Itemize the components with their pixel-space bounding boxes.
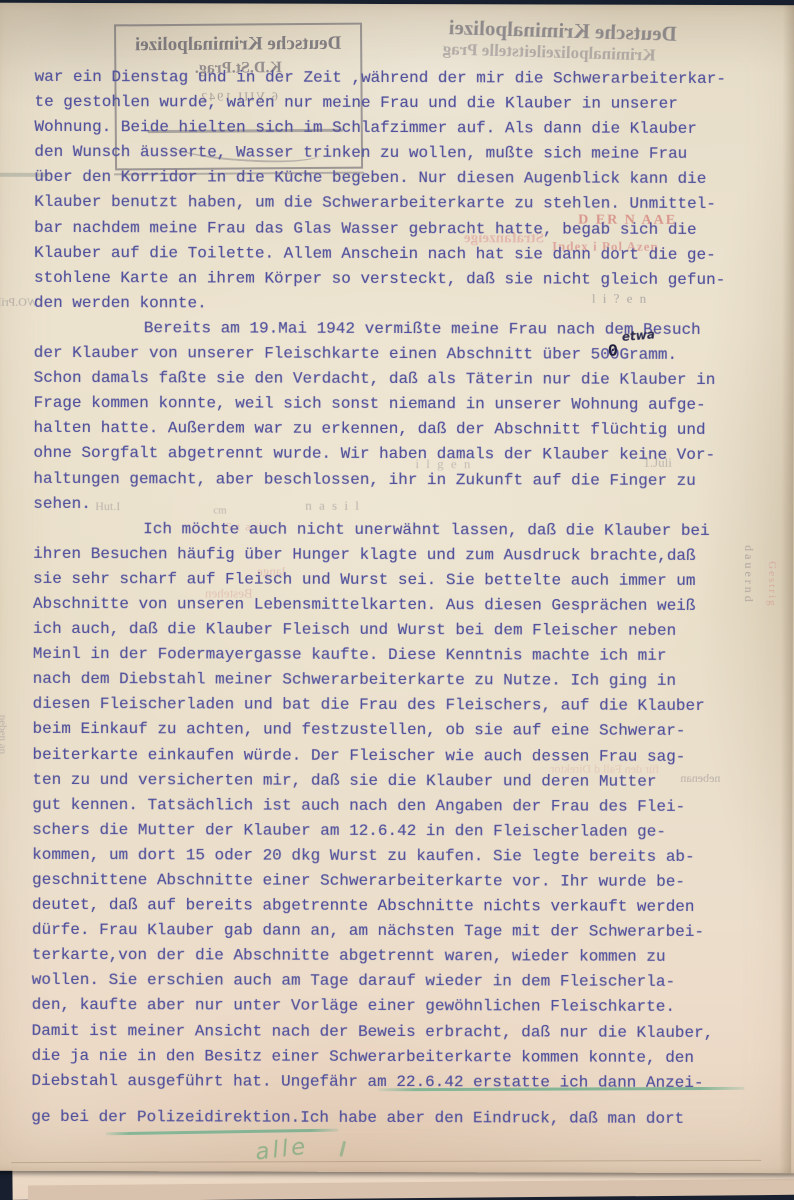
typewritten-line: stohlene Karte an ihrem Körper so verste… bbox=[34, 266, 774, 293]
typewritten-line: Klauber benutzt haben, um die Schwerarbe… bbox=[34, 190, 774, 217]
scan-background: Deutsche Kriminalpolizei K.D.St.Prag. 6.… bbox=[0, 0, 794, 1200]
typewritten-line: den werden konnte. bbox=[34, 291, 774, 318]
typewritten-line: der Klauber von unserer Fleischkarte ein… bbox=[34, 341, 774, 368]
typewritten-line: wollen. Sie erschien auch am Tage darauf… bbox=[32, 968, 772, 995]
typewritten-line: dürfe. Frau Klauber gab dann an, am näch… bbox=[32, 918, 772, 945]
paper-crease bbox=[11, 1160, 761, 1163]
typewritten-line: Ich möchte auch nicht unerwähnt lassen, … bbox=[33, 517, 773, 544]
bleedthrough-text: WO.Pril bbox=[0, 295, 38, 310]
typewritten-line: ich auch, daß die Klauber Fleisch und Wu… bbox=[33, 617, 773, 644]
bleedthrough-layer: Deutsche KriminalpolizeiKriminalpolizeil… bbox=[0, 3, 794, 6]
typewritten-line: Damit ist meiner Ansicht nach der Beweis… bbox=[32, 1018, 772, 1045]
typewritten-line: geschnittene Abschnitte einer Schwerarbe… bbox=[32, 868, 772, 895]
typewritten-line: Wohnung. Beide hielten sich im Schlafzim… bbox=[34, 115, 774, 142]
typewritten-line: Abschnitte von unseren Lebensmittelkarte… bbox=[33, 592, 773, 619]
typewritten-line: terkarte,von der die Abschnitte abgetren… bbox=[32, 943, 772, 970]
overstruck-digit: 0 bbox=[608, 343, 618, 362]
typewritten-line: den Wunsch äusserte, Wasser trinken zu w… bbox=[34, 140, 774, 167]
stamp-line-1: Deutsche Kriminalpolizei bbox=[116, 33, 360, 57]
typewritten-line: diesen Fleischerladen und bat die Frau d… bbox=[33, 692, 773, 719]
typewritten-line: beiterkarte einkaufen würde. Der Fleisch… bbox=[32, 742, 772, 769]
typewritten-line: Frage kommen konnte, weil sich sonst nie… bbox=[34, 391, 774, 418]
typewritten-line: Bereits am 19.Mai 1942 vermißte meine Fr… bbox=[34, 316, 774, 343]
typewritten-body: war ein Dienstag und in der Zeit ,währen… bbox=[31, 65, 774, 1132]
typewritten-line: bar nachdem meine Frau das Glas Wasser g… bbox=[34, 215, 774, 242]
typewritten-line: nach dem Diebstahl meiner Schwerarbeiter… bbox=[33, 667, 773, 694]
paper-sheet: Deutsche Kriminalpolizei K.D.St.Prag. 6.… bbox=[0, 3, 794, 1174]
typewritten-line: sehen. bbox=[33, 491, 773, 518]
typewritten-line: haltungen gemacht, aber beschlossen, ihr… bbox=[33, 466, 773, 493]
pencil-tick-mark bbox=[339, 1141, 346, 1157]
typewritten-line: sie sehr scharf auf Fleisch und Wurst se… bbox=[33, 567, 773, 594]
typewritten-line: Klauber auf die Toilette. Allem Anschein… bbox=[34, 241, 774, 268]
typewritten-line: über den Korridor in die Küche begeben. … bbox=[34, 165, 774, 192]
typewritten-line: die ja nie in den Besitz einer Schwerarb… bbox=[31, 1044, 771, 1071]
typewritten-line: war ein Dienstag und in der Zeit ,währen… bbox=[35, 65, 775, 92]
typewritten-line: Diebstahl ausgeführt hat. Ungefähr am 22… bbox=[31, 1069, 771, 1096]
typewritten-line: schers die Mutter der Klauber am 12.6.42… bbox=[32, 818, 772, 845]
bleedthrough-text: neben an bbox=[0, 715, 9, 754]
typewritten-line: halten hatte. Außerdem war zu erkennen, … bbox=[33, 416, 773, 443]
handwritten-etwa: etwa bbox=[621, 327, 655, 344]
typewritten-line: ten zu und versicherten mir, daß sie die… bbox=[32, 767, 772, 794]
typewritten-line: ge bei der Polizeidirektion.Ich habe abe… bbox=[31, 1105, 771, 1132]
typewritten-line: kommen, um dort 15 oder 20 dkg Wurst zu … bbox=[32, 843, 772, 870]
typewritten-line: ihren Besuchen häufig über Hunger klagte… bbox=[33, 542, 773, 569]
typewritten-line: Schon damals faßte sie den Verdacht, daß… bbox=[34, 366, 774, 393]
typewritten-line: Meinl in der Fodermayergasse kaufte. Die… bbox=[33, 642, 773, 669]
typewritten-line: beim Einkauf zu achten, und festzustelle… bbox=[33, 717, 773, 744]
typewritten-line: gut kennen. Tatsächlich ist auch nach de… bbox=[32, 793, 772, 820]
typewritten-line: ohne Sorgfalt abgetrennt wurde. Wir habe… bbox=[33, 441, 773, 468]
typewritten-line: deutet, daß auf bereits abgetrennte Absc… bbox=[32, 893, 772, 920]
right-edge-shadow bbox=[779, 5, 794, 1173]
typewritten-line: te gestohlen wurde, waren nur meine Frau… bbox=[34, 90, 774, 117]
typewritten-line: den, kaufte aber nur unter Vorläge einer… bbox=[32, 993, 772, 1020]
